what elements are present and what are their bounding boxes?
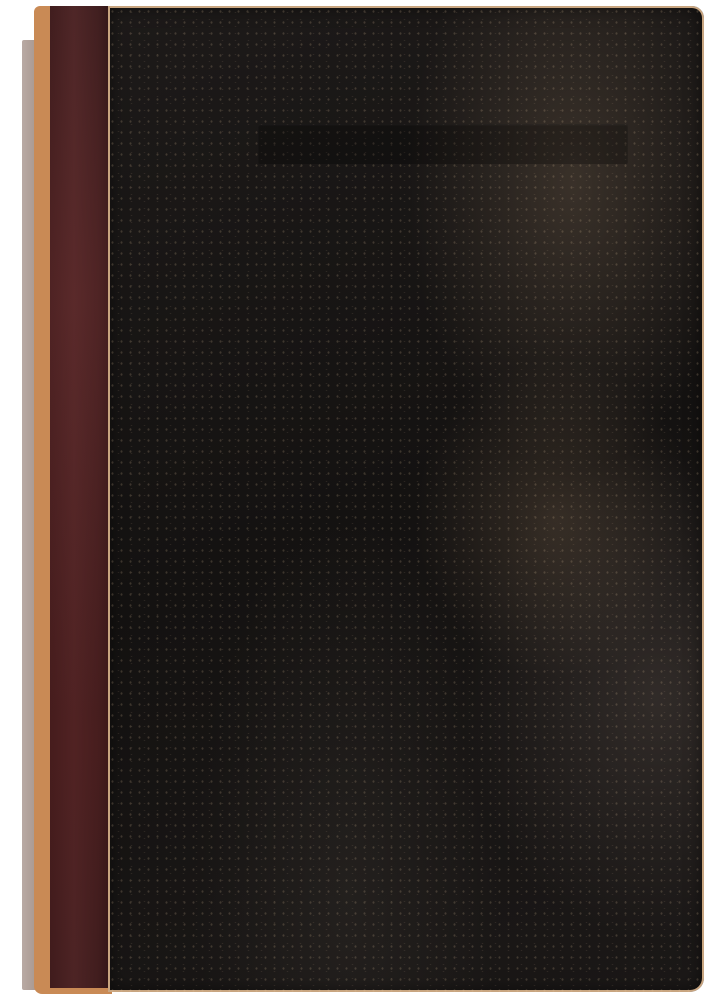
book-photo <box>0 0 709 1000</box>
leather-spine <box>50 6 110 988</box>
embossed-title <box>258 124 628 164</box>
front-cover <box>108 6 704 992</box>
